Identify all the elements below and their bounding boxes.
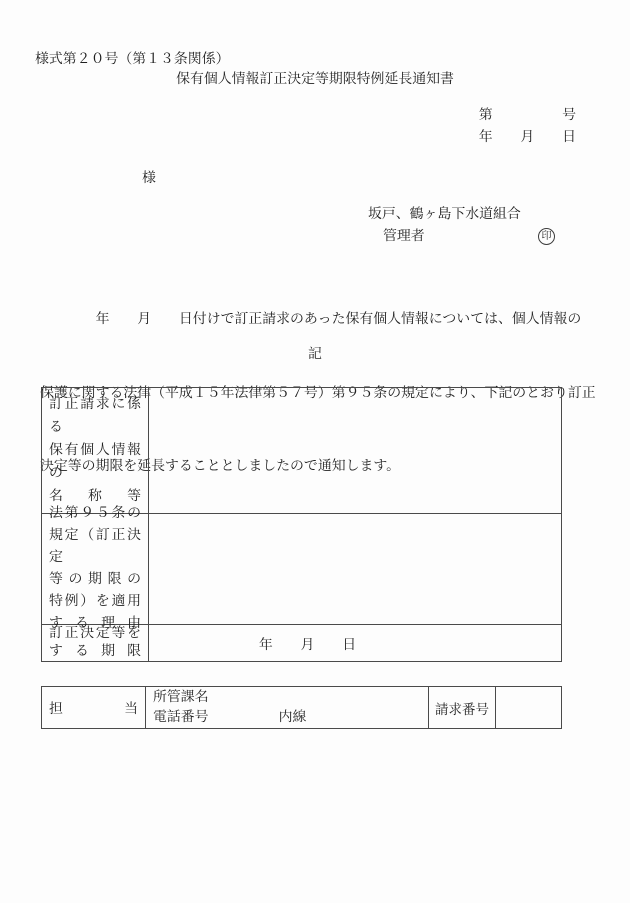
sender-organization: 坂戸、鶴ヶ島下水道組合: [368, 207, 521, 222]
phone-line: 電話番号 内線: [153, 708, 421, 728]
doc-number-line: 第 号: [0, 108, 576, 123]
document-page: 様式第２０号（第１３条関係） 保有個人情報訂正決定等期限特例延長通知書 第 号 …: [0, 0, 630, 903]
row-label-line: 訂正請求に係る: [49, 393, 141, 439]
contact-info-cell: 所管課名 電話番号 内線: [146, 687, 429, 728]
request-number-label: 請求番号: [435, 698, 489, 718]
body-line: 年 月 日付けで訂正請求のあった保有個人情報については、個人情報の: [40, 308, 600, 333]
row-label-line: 訂正決定等を: [49, 625, 141, 643]
row-label-line: 保有個人情報の: [49, 439, 141, 485]
duty-label: 担当: [49, 697, 138, 718]
addressee-honorific: 様: [142, 171, 156, 186]
row-value-cell: [149, 514, 561, 624]
row-label-line: 特例）を適用: [49, 591, 141, 613]
request-number-value-cell: [496, 687, 561, 728]
row-label: 訂正請求に係る 保有個人情報の 名称等: [42, 388, 149, 513]
table-row-deadline: 訂正決定等を する期限 年 月 日: [42, 624, 561, 661]
record-marker: 記: [0, 347, 630, 362]
table-row-reason: 法第９５条の 規定（訂正決定 等の期限の 特例）を適用 する理由: [42, 513, 561, 624]
main-table: 訂正請求に係る 保有個人情報の 名称等 法第９５条の 規定（訂正決定 等の期限の…: [41, 387, 562, 662]
document-title: 保有個人情報訂正決定等期限特例延長通知書: [0, 72, 630, 87]
row-label-line: 規定（訂正決定: [49, 525, 141, 569]
issue-date-line: 年 月 日: [0, 130, 576, 145]
row-label-line: 等の期限の: [49, 569, 141, 591]
seal-stamp-icon: 印: [538, 228, 555, 245]
section-name-label: 所管課名: [153, 688, 421, 708]
duty-cell: 担当: [42, 687, 146, 728]
row-value-cell: [149, 388, 561, 513]
contact-table: 担当 所管課名 電話番号 内線 請求番号: [41, 686, 562, 729]
phone-number-label: 電話番号: [153, 708, 209, 728]
request-number-label-cell: 請求番号: [429, 687, 496, 728]
deadline-date-cell: 年 月 日: [149, 625, 561, 661]
table-row-personal-info-name: 訂正請求に係る 保有個人情報の 名称等: [42, 388, 561, 513]
sender-title: 管理者: [383, 229, 425, 244]
extension-label: 内線: [279, 708, 307, 728]
row-label: 法第９５条の 規定（訂正決定 等の期限の 特例）を適用 する理由: [42, 514, 149, 624]
row-label-line: する期限: [49, 643, 141, 661]
row-label-line: 法第９５条の: [49, 503, 141, 525]
form-number: 様式第２０号（第１３条関係）: [35, 52, 229, 67]
row-label: 訂正決定等を する期限: [42, 625, 149, 661]
